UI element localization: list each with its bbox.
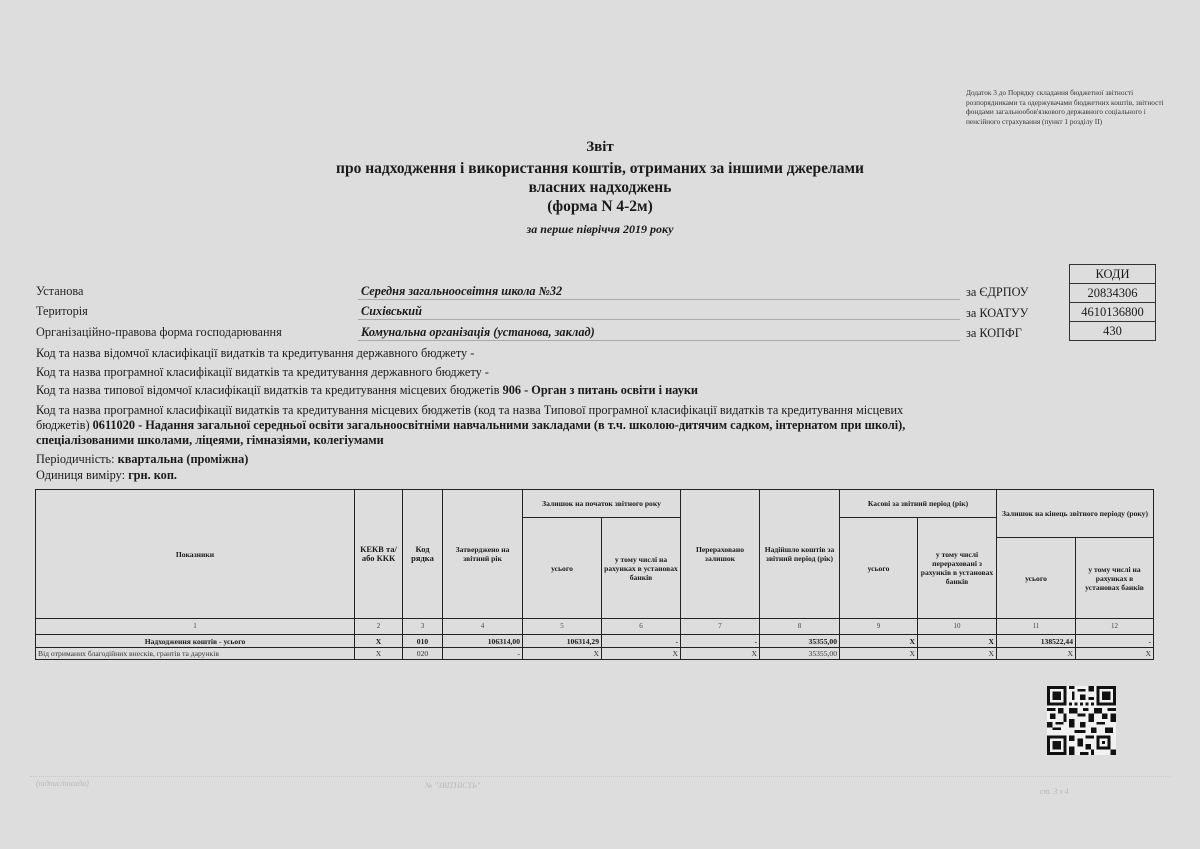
col-num: 3 xyxy=(403,619,443,635)
row-start-total: 106314,29 xyxy=(523,635,602,648)
periodicity-label: Періодичність: xyxy=(36,452,115,466)
header-cash-banks: у тому числі перераховані з рахунків в у… xyxy=(918,518,997,619)
footer-center: № "ЗВІТНІСТЬ" xyxy=(425,781,480,790)
row-approved: 106314,00 xyxy=(443,635,523,648)
header-cash-total: усього xyxy=(840,518,918,619)
edrpou-code: 20834306 xyxy=(1070,284,1156,303)
edrpou-label: за ЄДРПОУ xyxy=(966,285,1029,300)
form-number: (форма N 4-2м) xyxy=(0,198,1200,216)
header-start-banks: у тому числі на рахунках в установах бан… xyxy=(602,518,681,619)
header-end-total: усього xyxy=(997,538,1076,619)
row-cash-banks: X xyxy=(918,635,997,648)
row-name: Від отриманих благодійних внесків, грант… xyxy=(36,648,355,660)
legal-form-value: Комунальна організація (установа, заклад… xyxy=(361,325,595,340)
row-kekv: X xyxy=(355,648,403,660)
prog-local-value-line2: спеціалізованими школами, ліцеями, гімна… xyxy=(36,433,384,448)
header-cash: Касові за звітний період (рік) xyxy=(840,490,997,518)
row-cash-banks: X xyxy=(918,648,997,660)
report-subtitle-1: про надходження і використання коштів, о… xyxy=(0,160,1200,178)
unit-label: Одиниця виміру: xyxy=(36,468,125,482)
col-num: 11 xyxy=(997,619,1076,635)
header-balance-start: Залишок на початок звітного року xyxy=(523,490,681,518)
institution-label: Установа xyxy=(36,284,84,299)
col-num: 2 xyxy=(355,619,403,635)
periodicity: Періодичність: квартальна (проміжна) xyxy=(36,452,248,467)
col-num: 7 xyxy=(681,619,760,635)
kopfg-code: 430 xyxy=(1070,322,1156,341)
row-transferred: X xyxy=(681,648,760,660)
footer-page: ст. 3 з 4 xyxy=(1040,787,1069,796)
prog-state-classification: Код та назва програмної класифікації вид… xyxy=(36,365,489,380)
report-title: Звіт xyxy=(0,139,1200,156)
kopfg-label: за КОПФГ xyxy=(966,326,1022,341)
column-numbers-row: 1 2 3 4 5 6 7 8 9 10 11 12 xyxy=(36,619,1154,635)
header-row-code: Код рядка xyxy=(403,490,443,619)
periodicity-value: квартальна (проміжна) xyxy=(118,452,249,466)
unit: Одиниця виміру: грн. коп. xyxy=(36,468,177,483)
col-num: 12 xyxy=(1076,619,1154,635)
footer-left: (підпис/посада) xyxy=(36,779,89,788)
row-start-banks: X xyxy=(602,648,681,660)
territory-value: Сихівський xyxy=(361,304,422,319)
row-cash-total: X xyxy=(840,648,918,660)
table-row: Надходження коштів - усього X 010 106314… xyxy=(36,635,1154,648)
row-kekv: X xyxy=(355,635,403,648)
koatuu-code: 4610136800 xyxy=(1070,303,1156,322)
col-num: 6 xyxy=(602,619,681,635)
col-num: 8 xyxy=(760,619,840,635)
annex-note: Додаток 3 до Порядку складання бюджетної… xyxy=(966,88,1171,126)
prog-local-label-line1: Код та назва програмної класифікації вид… xyxy=(36,403,903,418)
table-row: Від отриманих благодійних внесків, грант… xyxy=(36,648,1154,660)
institution-value: Середня загальноосвітня школа №32 xyxy=(361,284,562,299)
row-approved: - xyxy=(443,648,523,660)
header-indicators: Показники xyxy=(36,490,355,619)
row-received: 35355,00 xyxy=(760,648,840,660)
row-cash-total: X xyxy=(840,635,918,648)
header-transferred: Перераховано залишок xyxy=(681,490,760,619)
legal-form-label: Організаційно-правова форма господарюван… xyxy=(36,325,282,340)
header-balance-end: Залишок на кінець звітного періоду (року… xyxy=(997,490,1154,538)
col-num: 1 xyxy=(36,619,355,635)
prog-local-label-line2: бюджетів) xyxy=(36,418,90,432)
codes-table: КОДИ 20834306 4610136800 430 xyxy=(1069,264,1156,341)
dept-local-label: Код та назва типової відомчої класифікац… xyxy=(36,383,499,397)
unit-value: грн. коп. xyxy=(128,468,177,482)
header-kekv: КЕКВ та/або ККК xyxy=(355,490,403,619)
col-num: 4 xyxy=(443,619,523,635)
prog-local-value-line1: 0611020 - Надання загальної середньої ос… xyxy=(93,418,906,432)
territory-label: Територія xyxy=(36,304,88,319)
prog-local-line2: бюджетів) 0611020 - Надання загальної се… xyxy=(36,418,905,433)
header-approved: Затверджено на звітний рік xyxy=(443,490,523,619)
row-start-banks: - xyxy=(602,635,681,648)
koatuu-label: за КОАТУУ xyxy=(966,306,1028,321)
dept-state-classification: Код та назва відомчої класифікації видат… xyxy=(36,346,474,361)
row-end-banks: X xyxy=(1076,648,1154,660)
row-code: 020 xyxy=(403,648,443,660)
row-end-total: 138522,44 xyxy=(997,635,1076,648)
col-num: 5 xyxy=(523,619,602,635)
row-code: 010 xyxy=(403,635,443,648)
col-num: 9 xyxy=(840,619,918,635)
row-name: Надходження коштів - усього xyxy=(36,635,355,648)
row-transferred: - xyxy=(681,635,760,648)
qr-code-icon xyxy=(1047,686,1116,755)
dept-local-classification: Код та назва типової відомчої класифікац… xyxy=(36,383,698,398)
report-table: Показники КЕКВ та/або ККК Код рядка Затв… xyxy=(35,489,1154,660)
header-end-banks: у тому числі на рахунках в установах бан… xyxy=(1076,538,1154,619)
codes-header: КОДИ xyxy=(1070,265,1156,284)
row-start-total: X xyxy=(523,648,602,660)
header-start-total: усього xyxy=(523,518,602,619)
report-period: за перше півріччя 2019 року xyxy=(0,222,1200,237)
row-end-total: X xyxy=(997,648,1076,660)
report-subtitle-2: власних надходжень xyxy=(0,179,1200,197)
row-received: 35355,00 xyxy=(760,635,840,648)
col-num: 10 xyxy=(918,619,997,635)
header-received: Надійшло коштів за звітний період (рік) xyxy=(760,490,840,619)
dept-local-value: 906 - Орган з питань освіти і науки xyxy=(503,383,698,397)
row-end-banks: - xyxy=(1076,635,1154,648)
